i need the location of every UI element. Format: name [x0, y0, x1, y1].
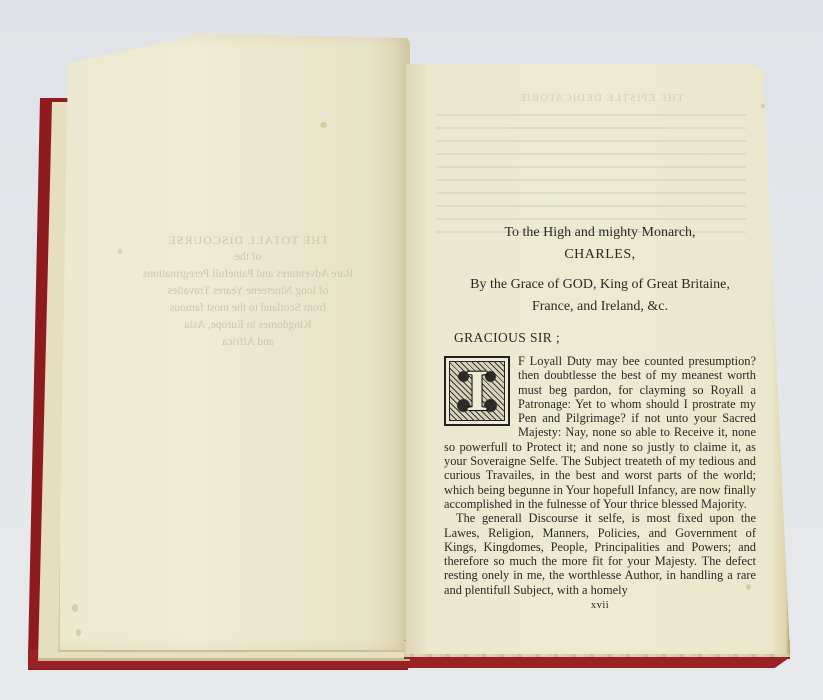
ornamental-drop-cap-icon: I — [444, 356, 510, 426]
right-page-show-through-heading: THE EPISTLE DEDICATORIE — [506, 92, 696, 104]
paragraph: I F Loyall Duty may bee counted presumpt… — [444, 354, 756, 511]
foxing-spot — [72, 604, 78, 612]
show-through-title: THE TOTALL DISCOURSE — [118, 232, 378, 249]
left-page: THE TOTALL DISCOURSE of the Rare Adventu… — [58, 34, 410, 652]
left-page-show-through-text: THE TOTALL DISCOURSE of the Rare Adventu… — [118, 232, 378, 351]
dedication-monarch-name: CHARLES, — [444, 244, 756, 266]
show-through-line: of the — [118, 249, 378, 266]
dedication-address-line: To the High and mighty Monarch, — [444, 222, 756, 244]
foxing-spot — [76, 629, 81, 636]
dedication-title-line: By the Grace of GOD, King of Great Brita… — [444, 274, 756, 296]
show-through-line: of long Nineteene Yeares Travailes — [118, 283, 378, 300]
dedication-text-block: To the High and mighty Monarch, CHARLES,… — [444, 222, 756, 611]
show-through-line: and Affrica — [118, 334, 378, 351]
show-through-line: from Scotland to the most famous — [118, 300, 378, 317]
dedication-title-line: France, and Ireland, &c. — [444, 296, 756, 318]
dedication-body: I F Loyall Duty may bee counted presumpt… — [444, 354, 756, 597]
salutation: GRACIOUS SIR ; — [454, 330, 756, 346]
page-number: xvii — [444, 600, 756, 611]
book-photo: THE TOTALL DISCOURSE of the Rare Adventu… — [0, 0, 823, 700]
show-through-line: Rare Adventures and Painefull Peregrinat… — [118, 266, 378, 283]
foxing-spot — [118, 249, 122, 254]
foxing-spot — [320, 122, 327, 128]
show-through-line: Kingdomes in Europe, Asia — [118, 317, 378, 334]
paragraph: The generall Discourse it selfe, is most… — [444, 511, 756, 597]
foxing-spot — [761, 104, 765, 108]
